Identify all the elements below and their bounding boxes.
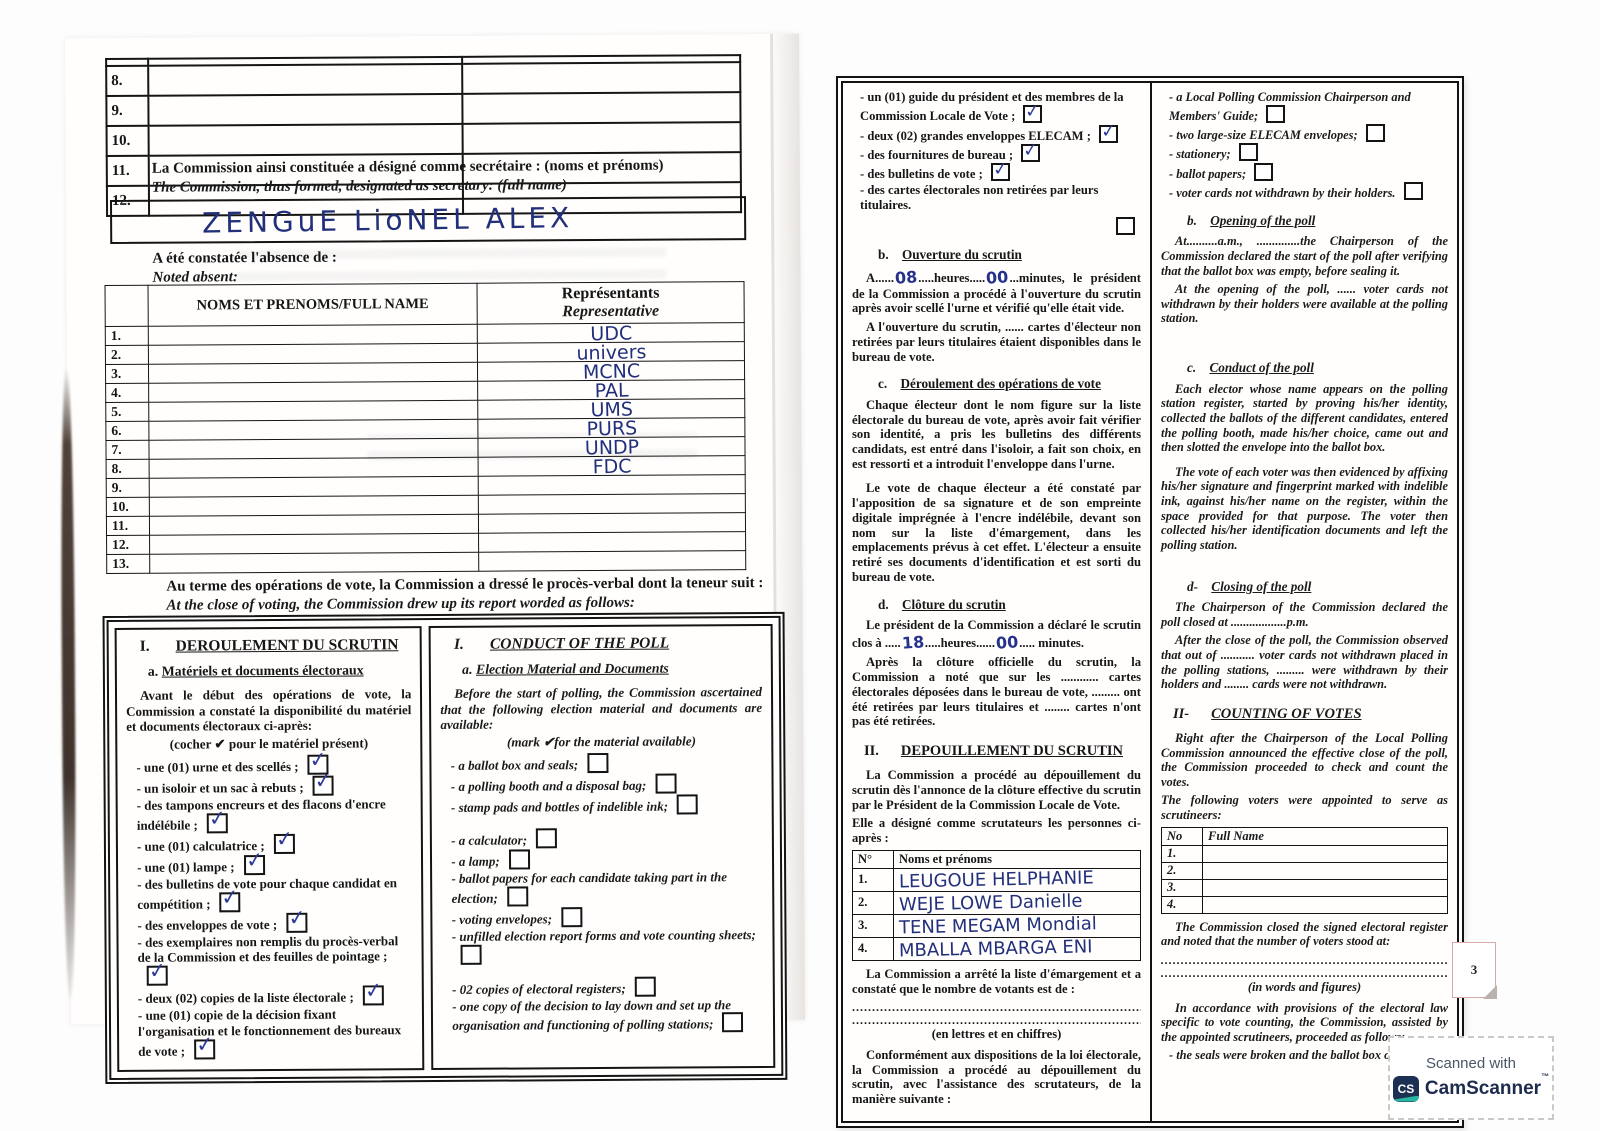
checklist-item: - un (01) guide du président et des memb… [852,90,1141,125]
checkbox [1116,217,1135,235]
checkbox [1254,163,1273,181]
checklist-item: - voting envelopes; [442,906,764,928]
scrutineers-header-row: N° Noms et prénoms [853,850,1141,868]
row-number: 10. [106,497,149,516]
row-number: 1. [853,868,894,891]
row-number: 6. [106,421,149,440]
checklist-item-label: - stamp pads and bottles of indelible in… [451,798,668,814]
conduct-paragraph-2: The vote of each voter was then evidence… [1161,465,1448,553]
row-number: 7. [106,440,149,459]
row-number: 8. [106,459,149,478]
right-page-column-fr: - un (01) guide du président et des memb… [843,83,1150,1121]
handwritten-scrutineer-name: LEUGOUE HELPHANIE [899,870,1135,889]
paragraph-text: Elle a désigné comme scrutateurs les per… [852,816,1141,845]
section-number: b. [1187,213,1197,228]
scrutineer-row: 3. [1162,879,1448,896]
intro-paragraph: Before the start of polling, the Commiss… [440,684,762,733]
opening-paragraph-2: At the opening of the poll, ...... voter… [1161,282,1448,326]
words-figures-note: (en lettres et en chiffres) [852,1027,1141,1042]
checklist-item-label: - une (01) urne et des scellés ; [136,759,298,775]
paragraph-text: La Commission a arrêté la liste d'émarge… [852,967,1141,996]
paragraph-text: The vote of each voter was then evidence… [1161,465,1448,552]
mark-note: (mark ✔for the material available) [441,733,763,751]
right-page-column-en: - a Local Polling Commission Chairperson… [1150,83,1457,1121]
checklist-item-label: - a calculator; [451,832,527,847]
row-number: 1. [1162,845,1203,862]
section-title-text: Opening of the poll [1210,213,1315,228]
paragraph-text: Le vote de chaque électeur a été constat… [852,481,1141,583]
section-title-text: CONDUCT OF THE POLL [490,635,669,654]
section-title-text: Ouverture du scrutin [902,247,1022,262]
mark-note: (cocher ✔ pour le matériel présent) [126,735,411,753]
checkbox [635,976,656,996]
paragraph-text: A...... [866,271,894,285]
voters-count-paragraph: La Commission a arrêté la liste d'émarge… [852,967,1141,996]
checkbox [507,886,528,906]
page-number-slip: 3 [1452,942,1496,998]
paragraph-text: Right after the Chairperson of the Local… [1161,731,1448,789]
closing-paragraph-2: After the close of the poll, the Commiss… [1161,633,1448,692]
row-number: 3. [853,914,894,937]
camscanner-name-text: CamScanner [1425,1078,1541,1099]
name-cell [149,476,478,497]
absent-table-header-row: NOMS ET PRENOMS/FULL NAME Représentants … [105,282,744,327]
scrutineer-row: 1. [1162,845,1448,862]
words-figures-note: (in words and figures) [1161,980,1448,995]
checklist-item: - des bulletins de vote ; [852,163,1141,182]
checklist-item-label: - a ballot box and seals; [451,757,579,773]
section-number: II- [1173,706,1189,723]
handwritten-closing-minutes: 00 [995,633,1019,653]
conduct-section-box: I. DEROULEMENT DU SCRUTIN a. Matériels e… [103,612,788,1084]
scrutineer-row: 4. [1162,896,1448,913]
section-title-text: Conduct of the poll [1209,360,1313,375]
checklist-item-label: - stationery; [1169,147,1231,161]
absent-heading: A été constatée l'absence de : Noted abs… [152,249,337,288]
checklist-item: - une (01) urne et des scellés ; [126,754,411,776]
names-column-header: Full Name [1203,827,1448,845]
row-number: 8. [106,66,148,96]
counting-section-title: II- COUNTING OF VOTES [1161,706,1448,723]
checklist-item-label: - des enveloppes de vote ; [137,916,277,932]
checkbox [1366,124,1385,142]
checkbox [991,163,1010,181]
checkbox [461,944,482,964]
checkbox [1404,182,1423,200]
checklist-item: - stamp pads and bottles of indelible in… [441,794,763,816]
checklist-item-label: - 02 copies of electoral registers; [452,980,626,996]
name-cell [149,438,478,459]
checkbox [194,1039,215,1059]
row-number: 12. [107,535,150,554]
absent-table: NOMS ET PRENOMS/FULL NAME Représentants … [105,281,747,574]
checkbox [313,775,334,795]
closing-paragraph: The Chairperson of the Commission declar… [1161,600,1448,629]
conduct-paragraph-1: Chaque électeur dont le nom figure sur l… [852,398,1141,472]
scrutineer-name-cell [1203,896,1448,913]
camscanner-brand-row: CS CamScanner™ [1393,1076,1549,1102]
dotted-blank-line: ........................................… [1161,966,1448,979]
section-d-title: d- Closing of the poll [1161,579,1448,595]
checklist-item: - stationery; [1161,143,1448,162]
empty-cell [462,62,740,94]
section-c-title: c. Conduct of the poll [1161,360,1448,376]
empty-cell [462,92,740,124]
checklist-item: - une (01) copie de la décision fixant l… [128,1006,414,1059]
section-title-text: DEROULEMENT DU SCRUTIN [176,636,399,655]
subsection-title: a. Matériels et documents électoraux [126,662,411,680]
section-d-title: d. Clôture du scrutin [852,597,1141,612]
rep-header-fr: Représentants [483,284,739,304]
representative-column-header: Représentants Representative [477,282,744,325]
paragraph-text: Après la clôture officielle du scrutin, … [852,655,1141,728]
scrutineer-name-cell [1203,845,1448,862]
camscanner-logo-icon: CS [1393,1076,1419,1102]
section-b-title: b. Ouverture du scrutin [852,247,1141,262]
opening-paragraph: At..........a.m., ..............the Chai… [1161,234,1448,278]
checkbox [1239,143,1258,161]
paragraph-text: After the close of the poll, the Commiss… [1161,633,1448,691]
checklist-item: - des bulletins de vote pour chaque cand… [127,875,413,913]
row-number: 3. [105,364,148,383]
counting-section-title: II. DEPOUILLEMENT DU SCRUTIN [852,743,1141,760]
page-number: 3 [1471,962,1478,978]
row-number: 4. [853,937,894,960]
checkbox [587,753,608,773]
name-cell [149,457,478,478]
checklist-item-label: - des bulletins de vote pour chaque cand… [137,875,397,911]
section-title-text: Closing of the poll [1211,579,1311,594]
paragraph-text: The Commission closed the signed elector… [1161,920,1448,949]
name-cell [148,362,477,383]
opening-paragraph-2: A l'ouverture du scrutin, ...... cartes … [852,320,1141,364]
section-title-text: Clôture du scrutin [902,597,1006,612]
checklist-item: - one copy of the decision to lay down a… [442,996,764,1034]
section-number: I. [140,638,150,656]
checklist-item-label: - des bulletins de vote ; [860,167,983,181]
handwritten-opening-hour: 08 [894,268,918,288]
scrutineer-row: 1. LEUGOUE HELPHANIE [853,868,1141,891]
scrutineer-name-cell [1203,879,1448,896]
paragraph-text: .....heures..... [918,271,985,285]
binding-shadow [60,368,77,998]
checklist-item: - a ballot box and seals; [441,752,763,774]
paragraph-text: The following voters were appointed to s… [1161,793,1448,822]
materials-checklist: - a ballot box and seals; - a polling bo… [441,752,764,1035]
checkbox [536,828,557,848]
intro-paragraph: Avant le début des opérations de vote, l… [126,686,412,735]
checklist-item-label: - a lamp; [451,853,499,868]
checklist-item-label: - a Local Polling Commission Chairperson… [1169,90,1411,123]
checklist-item: - une (01) lampe ; [127,854,412,876]
section-c-title: c. Déroulement des opérations de vote [852,376,1141,391]
secretary-heading: La Commission ainsi constituée a désigné… [152,156,752,197]
scrutineer-row: 3. TENE MEGAM Mondial [853,914,1141,937]
counting-paragraph-1: La Commission a procédé au dépouillement… [852,768,1141,812]
row-number: 2. [1162,862,1203,879]
checklist-item-label: - one copy of the decision to lay down a… [452,997,731,1034]
scrutineer-name-cell: TENE MEGAM Mondial [894,914,1141,937]
checklist-item: - deux (02) copies de la liste électoral… [128,985,413,1007]
voters-count-paragraph: The Commission closed the signed elector… [1161,920,1448,949]
checklist-item-label: - une (01) lampe ; [137,859,235,875]
names-column-header: NOMS ET PRENOMS/FULL NAME [148,283,477,326]
checklist-item: - ballot papers for each candidate takin… [441,869,763,907]
row-number: 2. [105,345,148,364]
checklist-item-label: - des exemplaires non remplis du procès-… [137,933,398,965]
handwritten-secretary-name: ZENGuE LioNEL ALEX [112,201,574,241]
paragraph-text: A l'ouverture du scrutin, ...... cartes … [852,320,1141,363]
conduct-column-en: I. CONDUCT OF THE POLL a. Election Mater… [429,624,775,1070]
scrutineer-name-cell [1203,862,1448,879]
paragraph-text: Conformément aux dispositions de la loi … [852,1048,1141,1106]
checklist-item-label: - des fournitures de bureau ; [860,148,1013,162]
row-number: 4. [106,383,149,402]
row-number: 11. [106,516,149,535]
table-row: 8. [106,62,740,96]
camscanner-name: CamScanner™ [1425,1078,1549,1100]
checklist-item: - ballot papers; [1161,163,1448,182]
dotted-blank-line: ........................................… [852,1013,1141,1026]
number-column-header: N° [853,850,894,868]
scrutineer-name-cell: LEUGOUE HELPHANIE [894,868,1141,891]
opening-paragraph: A......08.....heures.....00...minutes, l… [852,268,1141,316]
checklist-item: - un isoloir et un sac à rebuts ; [127,775,412,797]
subsection-title: a. Election Material and Documents [440,660,762,678]
name-cell [148,324,477,345]
name-cell [150,533,479,554]
checklist-item: - voter cards not withdrawn by their hol… [1161,182,1448,201]
dotted-blank-line: ........................................… [852,1000,1141,1013]
checklist-item-label: - voting envelopes; [452,911,552,927]
handwritten-scrutineer-name: WEJE LOWE Danielle [899,893,1135,912]
scrutineer-row: 2. WEJE LOWE Danielle [853,891,1141,914]
section-title: I. CONDUCT OF THE POLL [440,634,762,654]
camscanner-badge: Scanned with CS CamScanner™ [1388,1036,1554,1120]
intro-text: Avant le début des opérations de vote, l… [126,686,411,734]
row-number: 5. [106,402,149,421]
absent-table-row: 13. [107,551,746,574]
closing-paragraph-2: Après la clôture officielle du scrutin, … [852,655,1141,729]
checklist-item: - une (01) calculatrice ; [127,833,412,855]
row-number: 13. [107,554,150,573]
name-cell [149,381,478,402]
scrutineer-name-cell: WEJE LOWE Danielle [894,891,1141,914]
subsection-number: a. [148,664,158,679]
name-cell [149,495,478,516]
checklist-item-label: - unfilled election report forms and vot… [452,927,756,944]
section-b-title: b. Opening of the poll [1161,213,1448,229]
checklist-item-label: - des cartes électorales non retirées pa… [860,183,1098,212]
checklist-item: - a polling booth and a disposal bag; [441,773,763,795]
materials-checklist: - un (01) guide du président et des memb… [852,90,1141,235]
section-number: d. [878,597,889,612]
empty-cell [463,122,741,154]
checklist-item-label: - deux (02) grandes enveloppes ELECAM ; [860,129,1091,143]
empty-cell [149,124,463,156]
checklist-item: - two large-size ELECAM envelopes; [1161,124,1448,143]
conduct-column-fr: I. DEROULEMENT DU SCRUTIN a. Matériels e… [115,626,425,1072]
materials-checklist: - a Local Polling Commission Chairperson… [1161,90,1448,201]
section-number: c. [878,376,887,391]
checkbox [1266,105,1285,123]
name-cell [149,514,478,535]
checklist-item-label: - deux (02) copies de la liste électoral… [138,990,354,1006]
paragraph-text: Chaque électeur dont le nom figure sur l… [852,398,1141,471]
checkbox [243,855,264,875]
paragraph-text: ..... minutes. [1019,636,1084,650]
row-number: 4. [1162,896,1203,913]
checklist-item: - unfilled election report forms and vot… [442,927,764,965]
checklist-item-label: - un (01) guide du président et des memb… [860,90,1124,123]
handwritten-scrutineer-name: MBALLA MBARGA ENI [899,939,1135,958]
section-title-text: COUNTING OF VOTES [1211,706,1361,723]
conform-paragraph: Conformément aux dispositions de la loi … [852,1048,1141,1107]
section-number: I. [454,636,464,654]
checklist-item: - a calculator; [441,827,763,849]
number-column-header: No [1162,827,1203,845]
checklist-item-label: - ballot papers; [1169,167,1246,181]
checklist-item-label: - a polling booth and a disposal bag; [451,777,646,793]
paragraph-text: Each elector whose name appears on the p… [1161,382,1448,455]
paragraph-text: At..........a.m., ..............the Chai… [1161,234,1448,277]
checkbox [509,849,530,869]
counting-paragraph-2: The following voters were appointed to s… [1161,793,1448,822]
report-heading-en: At the close of voting, the Commission d… [166,593,766,615]
checkbox [677,794,698,814]
table-row: 10. [107,122,741,156]
names-column-header: Noms et prénoms [894,850,1141,868]
counting-paragraph-2: Elle a désigné comme scrutateurs les per… [852,816,1141,845]
conduct-paragraph-2: Le vote de chaque électeur a été constat… [852,481,1141,584]
row-number: 1. [105,326,148,345]
checkbox [207,813,228,833]
checkbox [655,773,676,793]
secretary-heading-en: The Commission, thus formed, designated … [152,175,752,197]
checkbox [220,892,241,912]
counting-paragraph-1: Right after the Chairperson of the Local… [1161,731,1448,790]
row-number: 11. [107,156,149,186]
scrutineers-table: N° Noms et prénoms 1. LEUGOUE HELPHANIE … [852,850,1141,961]
checkbox [147,966,168,986]
handwritten-closing-hour: 18 [901,633,925,653]
row-number: 2. [853,891,894,914]
checklist-item-label: - un isoloir et un sac à rebuts ; [137,780,304,796]
handwritten-scrutineer-name: TENE MEGAM Mondial [899,916,1135,935]
intro-text: Before the start of polling, the Commiss… [440,684,762,732]
name-cell [149,419,478,440]
absent-heading-fr: A été constatée l'absence de : [152,249,337,269]
subsection-title-text: Matériels et documents électoraux [162,662,364,678]
dotted-blank-line: ........................................… [1161,953,1448,966]
handwritten-opening-minutes: 00 [986,268,1010,288]
checkbox [1021,144,1040,162]
scrutineers-table: No Full Name 1. 2. [1161,827,1448,914]
name-cell [148,343,477,364]
row-number: 3. [1162,879,1203,896]
section-title-text: DEPOUILLEMENT DU SCRUTIN [901,743,1123,760]
checklist-item: - des cartes électorales non retirées pa… [852,183,1141,235]
section-title-text: Déroulement des opérations de vote [900,376,1100,391]
empty-cell [148,94,462,126]
checklist-item-label: - des tampons encreurs et des flacons d'… [137,796,386,832]
checkbox [722,1012,743,1032]
rep-header-en: Representative [483,302,739,322]
page-left: 8. 9. 10. [65,34,805,1024]
table-row: 9. [106,92,740,126]
paragraph-text: The Chairperson of the Commission declar… [1161,600,1448,629]
materials-checklist: - une (01) urne et des scellés ; - un is… [126,754,413,1060]
checkbox [274,834,295,854]
secretary-name-field: ZENGuE LioNEL ALEX [110,196,746,244]
checklist-item: - des tampons encreurs et des flacons d'… [127,796,413,834]
subsection-title-text: Election Material and Documents [476,661,669,677]
paragraph-text: La Commission a procédé au dépouillement… [852,768,1141,811]
paragraph-text: .....heures...... [925,636,995,650]
row-number: 9. [106,478,149,497]
scrutineers-header-row: No Full Name [1162,827,1448,845]
checklist-item-label: - voter cards not withdrawn by their hol… [1169,186,1396,200]
scrutineer-name-cell: MBALLA MBARGA ENI [894,937,1141,960]
name-cell [149,400,478,421]
row-number: 9. [106,96,148,126]
checklist-item-label: - une (01) copie de la décision fixant l… [138,1007,401,1059]
checklist-item: - a Local Polling Commission Chairperson… [1161,90,1448,124]
checkbox [1023,105,1042,123]
report-heading: Au terme des opérations de vote, la Comm… [166,574,766,615]
name-cell [150,552,479,573]
checklist-item: - deux (02) grandes enveloppes ELECAM ; [852,125,1141,144]
closing-paragraph: Le président de la Commission a déclaré … [852,618,1141,651]
paragraph-text: At the opening of the poll, ...... voter… [1161,282,1448,325]
section-number: b. [878,247,889,262]
secretary-heading-fr: La Commission ainsi constituée a désigné… [152,156,752,178]
section-title: I. DEROULEMENT DU SCRUTIN [126,636,411,656]
empty-header-cell [105,285,148,326]
section-number: c. [1187,360,1196,375]
checklist-item: - a lamp; [441,848,763,870]
row-number: 10. [107,126,149,156]
checkbox [286,912,307,932]
page-right: - un (01) guide du président et des memb… [836,76,1464,1128]
checklist-item-label: - two large-size ELECAM envelopes; [1169,128,1358,142]
checklist-item: - 02 copies of electoral registers; [442,976,764,998]
conduct-paragraph-1: Each elector whose name appears on the p… [1161,382,1448,455]
subsection-number: a. [462,662,472,677]
empty-cell [148,64,462,96]
checkbox [363,986,384,1006]
checklist-item-label: - ballot papers for each candidate takin… [451,869,727,906]
scrutineer-row: 4. MBALLA MBARGA ENI [853,937,1141,960]
paragraph-text: - the seals were broken and the ballot b… [1169,1048,1425,1062]
scrutineer-row: 2. [1162,862,1448,879]
section-number: d- [1187,579,1198,594]
section-number: II. [864,743,879,760]
camscanner-caption: Scanned with [1426,1055,1516,1072]
checklist-item: - des enveloppes de vote ; [127,912,412,934]
trademark-symbol: ™ [1541,1072,1549,1081]
checkbox [1099,125,1118,143]
checkbox [561,907,582,927]
report-heading-fr: Au terme des opérations de vote, la Comm… [166,574,766,596]
